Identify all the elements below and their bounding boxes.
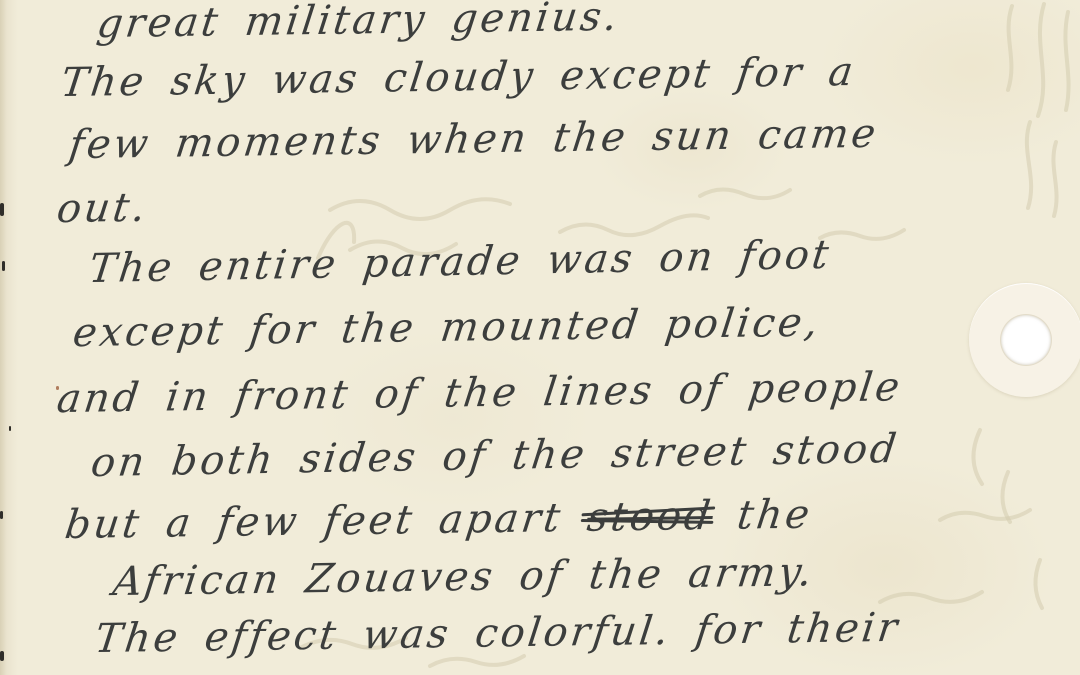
paper-speck	[0, 203, 4, 216]
handwritten-line: few moments when the sun came	[66, 112, 881, 167]
handwritten-line: African Zouaves of the army.	[110, 550, 817, 604]
paper-speck	[0, 511, 3, 519]
paper-speck	[2, 261, 5, 271]
handwritten-line: great military genius.	[94, 0, 622, 46]
hole-punch	[1001, 315, 1051, 365]
handwritten-line: except for the mounted police,	[70, 301, 823, 356]
paper-speck	[9, 426, 11, 431]
handwritten-line: The sky was cloudy except for a	[58, 50, 858, 105]
handwritten-line: but a few feet apart stood the	[62, 493, 814, 548]
notebook-page: great military genius. The sky was cloud…	[0, 0, 1080, 675]
handwritten-line: and in front of the lines of people	[54, 365, 904, 421]
line-segment: the	[710, 492, 815, 539]
handwritten-line: out.	[54, 186, 150, 231]
paper-speck	[0, 651, 4, 661]
handwritten-line: The effect was colorful. for their	[92, 606, 902, 661]
handwritten-line: on both sides of the street stood	[89, 427, 902, 485]
line-segment: but a few feet apart	[62, 495, 590, 548]
struck-out-word: stood	[585, 493, 716, 541]
handwritten-line: The entire parade was on foot	[87, 233, 834, 291]
